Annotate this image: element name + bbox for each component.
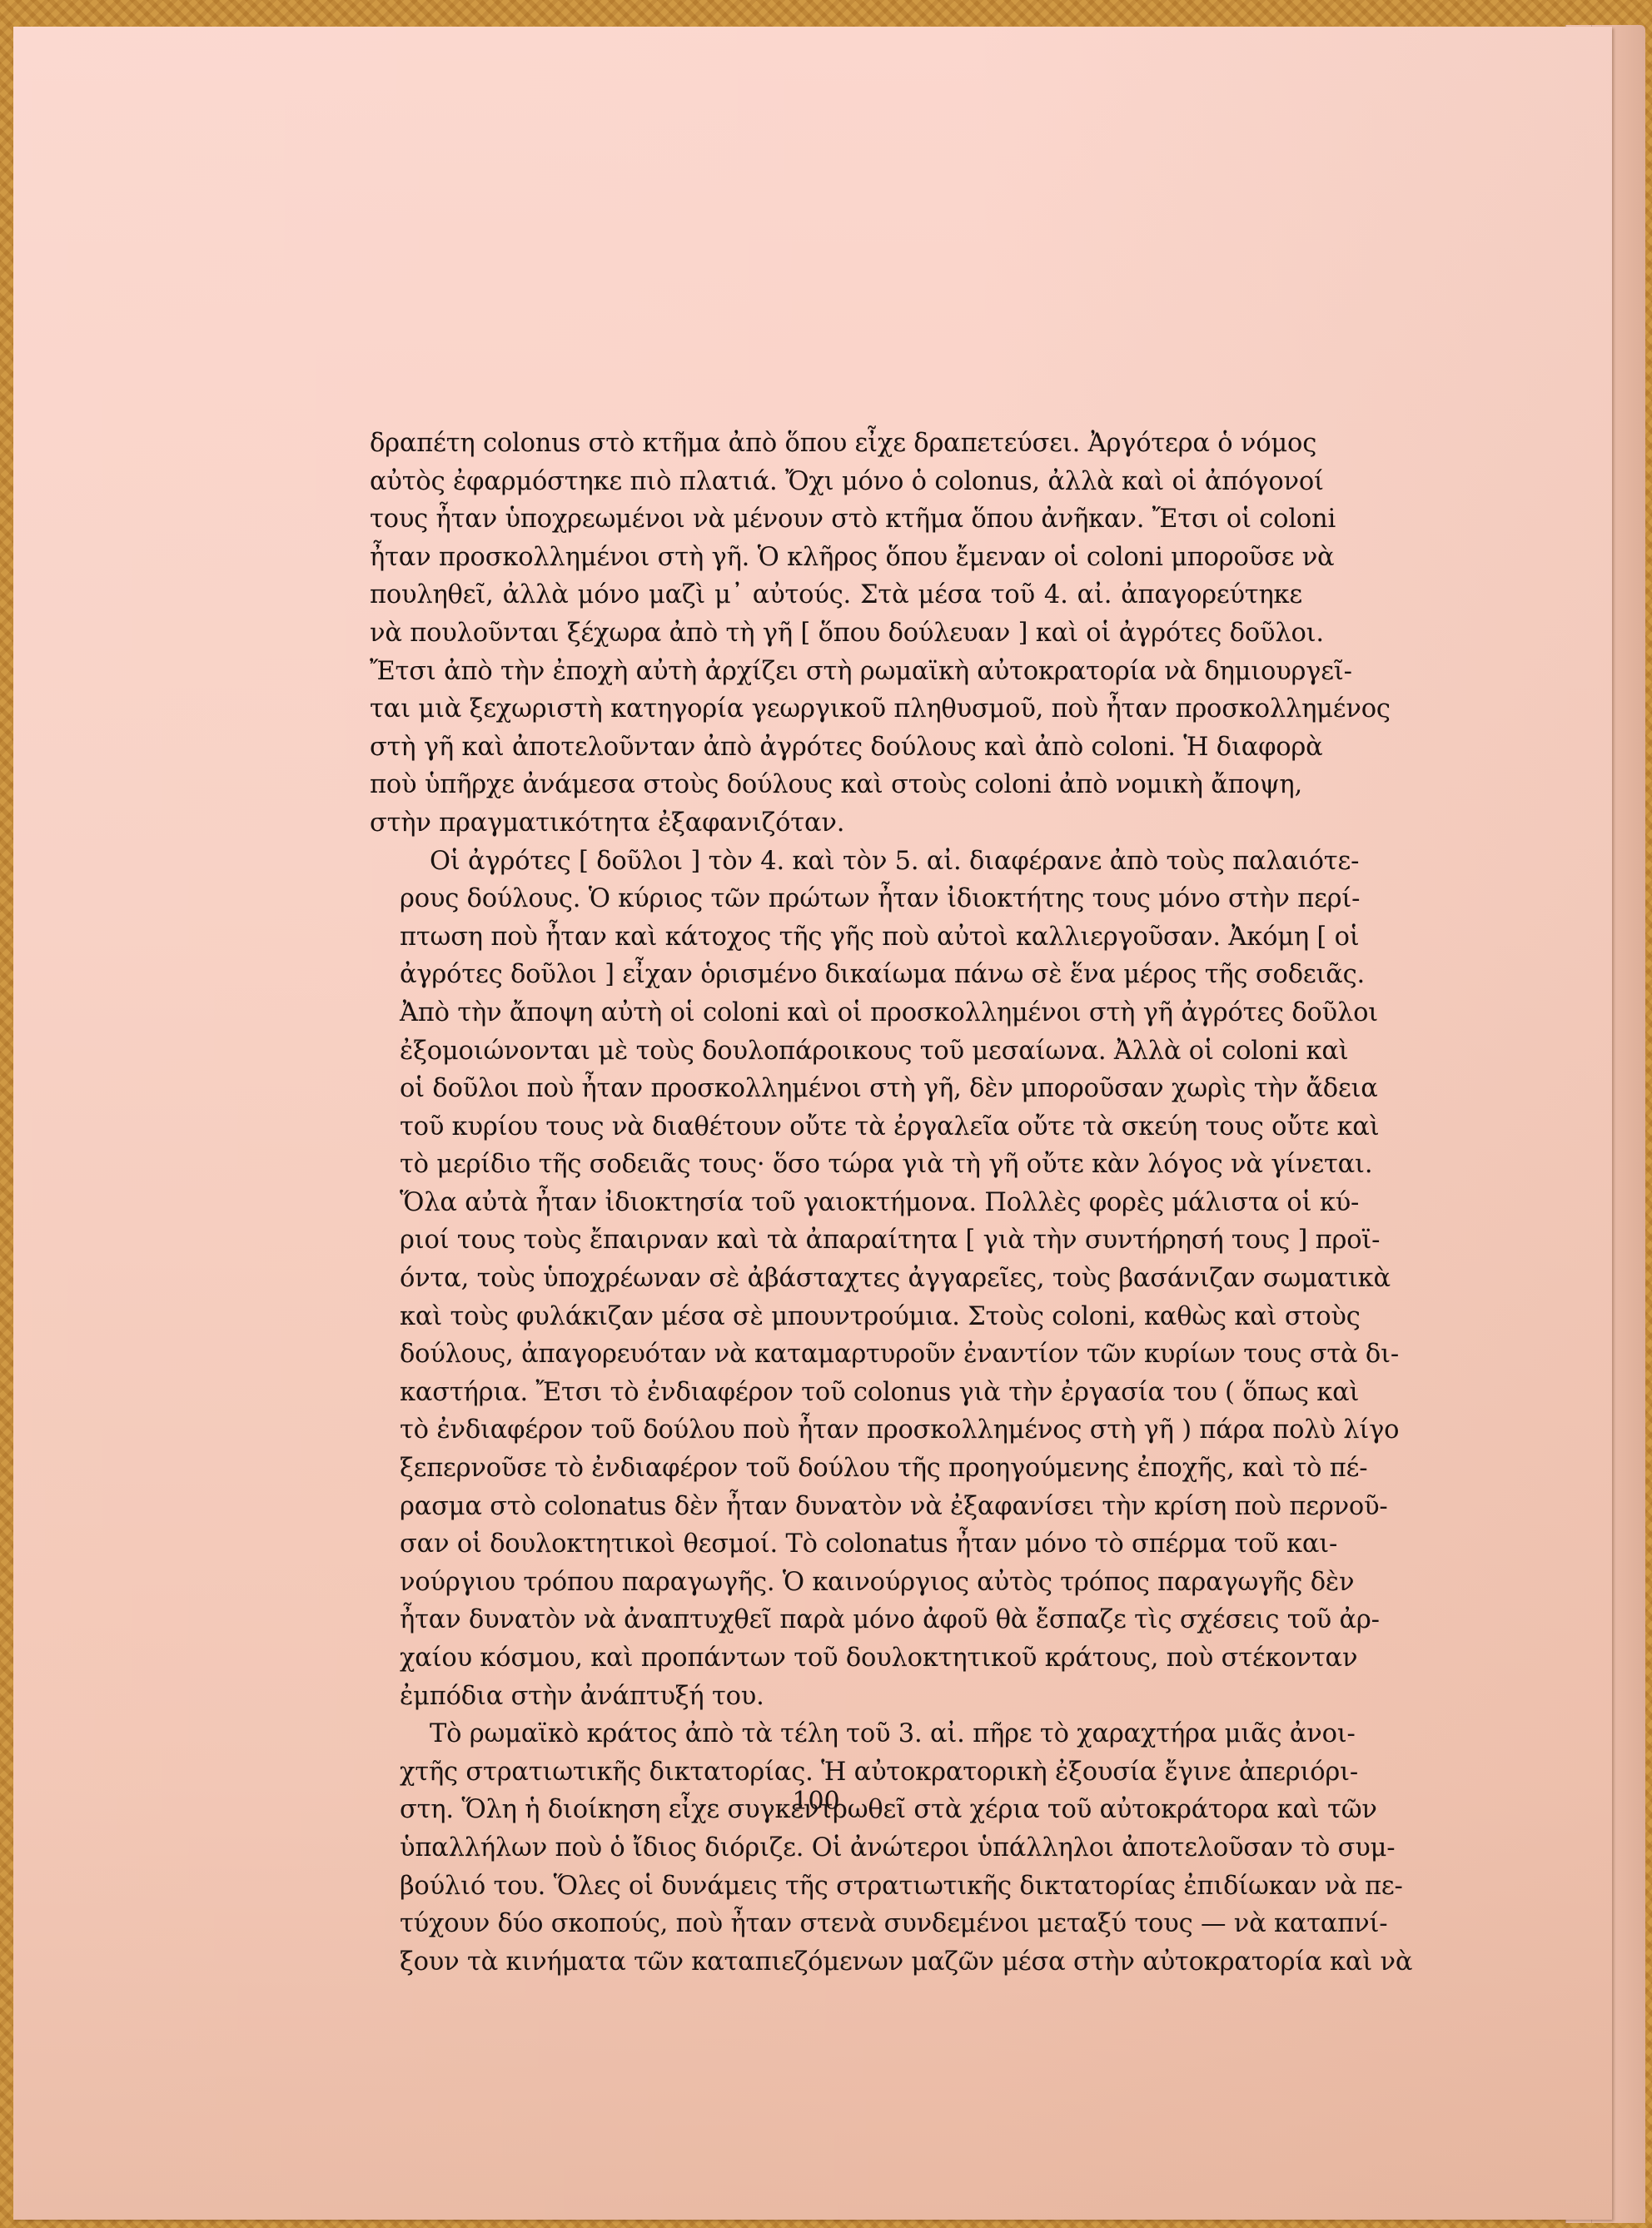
- text-line: νούργιου τρόπου παραγωγῆς. Ὁ καινούργιος…: [370, 1564, 1302, 1602]
- text-line: δούλους, ἀπαγορευόταν νὰ καταμαρτυροῦν ἐ…: [370, 1335, 1302, 1374]
- text-line: Τὸ ρωμαϊκὸ κράτος ἀπὸ τὰ τέλη τοῦ 3. αἰ.…: [370, 1715, 1302, 1753]
- text-line: βούλιό του. Ὅλες οἱ δυνάμεις τῆς στρατιω…: [370, 1867, 1302, 1906]
- book-page: δραπέτη colonus στὸ κτῆμα ἀπὸ ὅπου εἶχε …: [13, 27, 1612, 2220]
- text-line: Ἀπὸ τὴν ἄποψη αὐτὴ οἱ coloni καὶ οἱ προσ…: [370, 994, 1302, 1032]
- text-line: Οἱ ἀγρότες [ δοῦλοι ] τὸν 4. καὶ τὸν 5. …: [370, 843, 1302, 881]
- text-line: ἐμπόδια στὴν ἀνάπτυξή του.: [370, 1678, 1302, 1716]
- text-line: Ὅλα αὐτὰ ἦταν ἰδιοκτησία τοῦ γαιοκτήμονα…: [370, 1184, 1302, 1222]
- text-line: τὸ ἐνδιαφέρον τοῦ δούλου ποὺ ἦταν προσκο…: [370, 1411, 1302, 1450]
- text-line: τὸ μερίδιο τῆς σοδειᾶς τους· ὅσο τώρα γι…: [370, 1146, 1302, 1184]
- body-text: δραπέτη colonus στὸ κτῆμα ἀπὸ ὅπου εἶχε …: [370, 425, 1302, 1981]
- text-line: όντα, τοὺς ὑποχρέωναν σὲ ἀβάσταχτες ἀγγα…: [370, 1260, 1302, 1298]
- text-line: ποὺ ὑπῆρχε ἀνάμεσα στοὺς δούλους καὶ στο…: [370, 766, 1302, 804]
- text-line: στὴ γῆ καὶ ἀποτελοῦνταν ἀπὸ ἀγρότες δούλ…: [370, 729, 1302, 767]
- text-line: ρασμα στὸ colonatus δὲν ἦταν δυνατὸν νὰ …: [370, 1488, 1302, 1526]
- text-line: ξεπερνοῦσε τὸ ἐνδιαφέρον τοῦ δούλου τῆς …: [370, 1450, 1302, 1488]
- text-line: τοῦ κυρίου τους νὰ διαθέτουν οὔτε τὰ ἐργ…: [370, 1108, 1302, 1146]
- text-line: καστήρια. Ἔτσι τὸ ἐνδιαφέρον τοῦ colonus…: [370, 1374, 1302, 1412]
- text-line: ἦταν δυνατὸν νὰ ἀναπτυχθεῖ παρὰ μόνο ἀφο…: [370, 1601, 1302, 1639]
- paragraph-2: Οἱ ἀγρότες [ δοῦλοι ] τὸν 4. καὶ τὸν 5. …: [370, 843, 1302, 1716]
- text-line: Ἔτσι ἀπὸ τὴν ἐποχὴ αὐτὴ ἀρχίζει στὴ ρωμα…: [370, 653, 1302, 691]
- text-line: καὶ τοὺς φυλάκιζαν μέσα σὲ μπουντρούμια.…: [370, 1298, 1302, 1336]
- text-line: χτῆς στρατιωτικῆς δικτατορίας. Ἡ αὐτοκρα…: [370, 1753, 1302, 1792]
- text-line: χαίου κόσμου, καὶ προπάντων τοῦ δουλοκτη…: [370, 1639, 1302, 1678]
- text-line: ἦταν προσκολλημένοι στὴ γῆ. Ὁ κλῆρος ὅπο…: [370, 539, 1302, 577]
- text-line: τους ἦταν ὑποχρεωμένοι νὰ μένουν στὸ κτῆ…: [370, 500, 1302, 539]
- page-number-label: 100: [792, 1787, 839, 1816]
- paragraph-1: δραπέτη colonus στὸ κτῆμα ἀπὸ ὅπου εἶχε …: [370, 425, 1302, 843]
- paragraph-3: Τὸ ρωμαϊκὸ κράτος ἀπὸ τὰ τέλη τοῦ 3. αἰ.…: [370, 1715, 1302, 1981]
- text-line: πουληθεῖ, ἀλλὰ μόνο μαζὶ μ᾿ αὐτούς. Στὰ …: [370, 576, 1302, 614]
- text-line: ξουν τὰ κινήματα τῶν καταπιεζόμενων μαζῶ…: [370, 1943, 1302, 1982]
- text-line: νὰ πουλοῦνται ξέχωρα ἀπὸ τὴ γῆ [ ὅπου δο…: [370, 614, 1302, 653]
- text-line: ται μιὰ ξεχωριστὴ κατηγορία γεωργικοῦ πλ…: [370, 690, 1302, 729]
- page-number: 100: [13, 1787, 1612, 1816]
- text-line: δραπέτη colonus στὸ κτῆμα ἀπὸ ὅπου εἶχε …: [370, 425, 1302, 463]
- text-line: στὴν πραγματικότητα ἐξαφανιζόταν.: [370, 804, 1302, 843]
- text-line: ὑπαλλήλων ποὺ ὁ ἴδιος διόριζε. Οἱ ἀνώτερ…: [370, 1829, 1302, 1867]
- text-line: οἱ δοῦλοι ποὺ ἦταν προσκολλημένοι στὴ γῆ…: [370, 1070, 1302, 1108]
- text-line: ρους δούλους. Ὁ κύριος τῶν πρώτων ἦταν ἰ…: [370, 880, 1302, 918]
- text-line: πτωση ποὺ ἦταν καὶ κάτοχος τῆς γῆς ποὺ α…: [370, 918, 1302, 957]
- text-line: ἐξομοιώνονται μὲ τοὺς δουλοπάροικους τοῦ…: [370, 1032, 1302, 1071]
- text-line: τύχουν δύο σκοπούς, ποὺ ἦταν στενὰ συνδε…: [370, 1905, 1302, 1943]
- text-line: αὐτὸς ἐφαρμόστηκε πιὸ πλατιά. Ὄχι μόνο ὁ…: [370, 463, 1302, 501]
- text-line: ριοί τους τοὺς ἔπαιρναν καὶ τὰ ἀπαραίτητ…: [370, 1221, 1302, 1260]
- text-line: σαν οἱ δουλοκτητικοὶ θεσμοί. Τὸ colonatu…: [370, 1525, 1302, 1564]
- text-line: ἀγρότες δοῦλοι ] εἶχαν ὁρισμένο δικαίωμα…: [370, 956, 1302, 994]
